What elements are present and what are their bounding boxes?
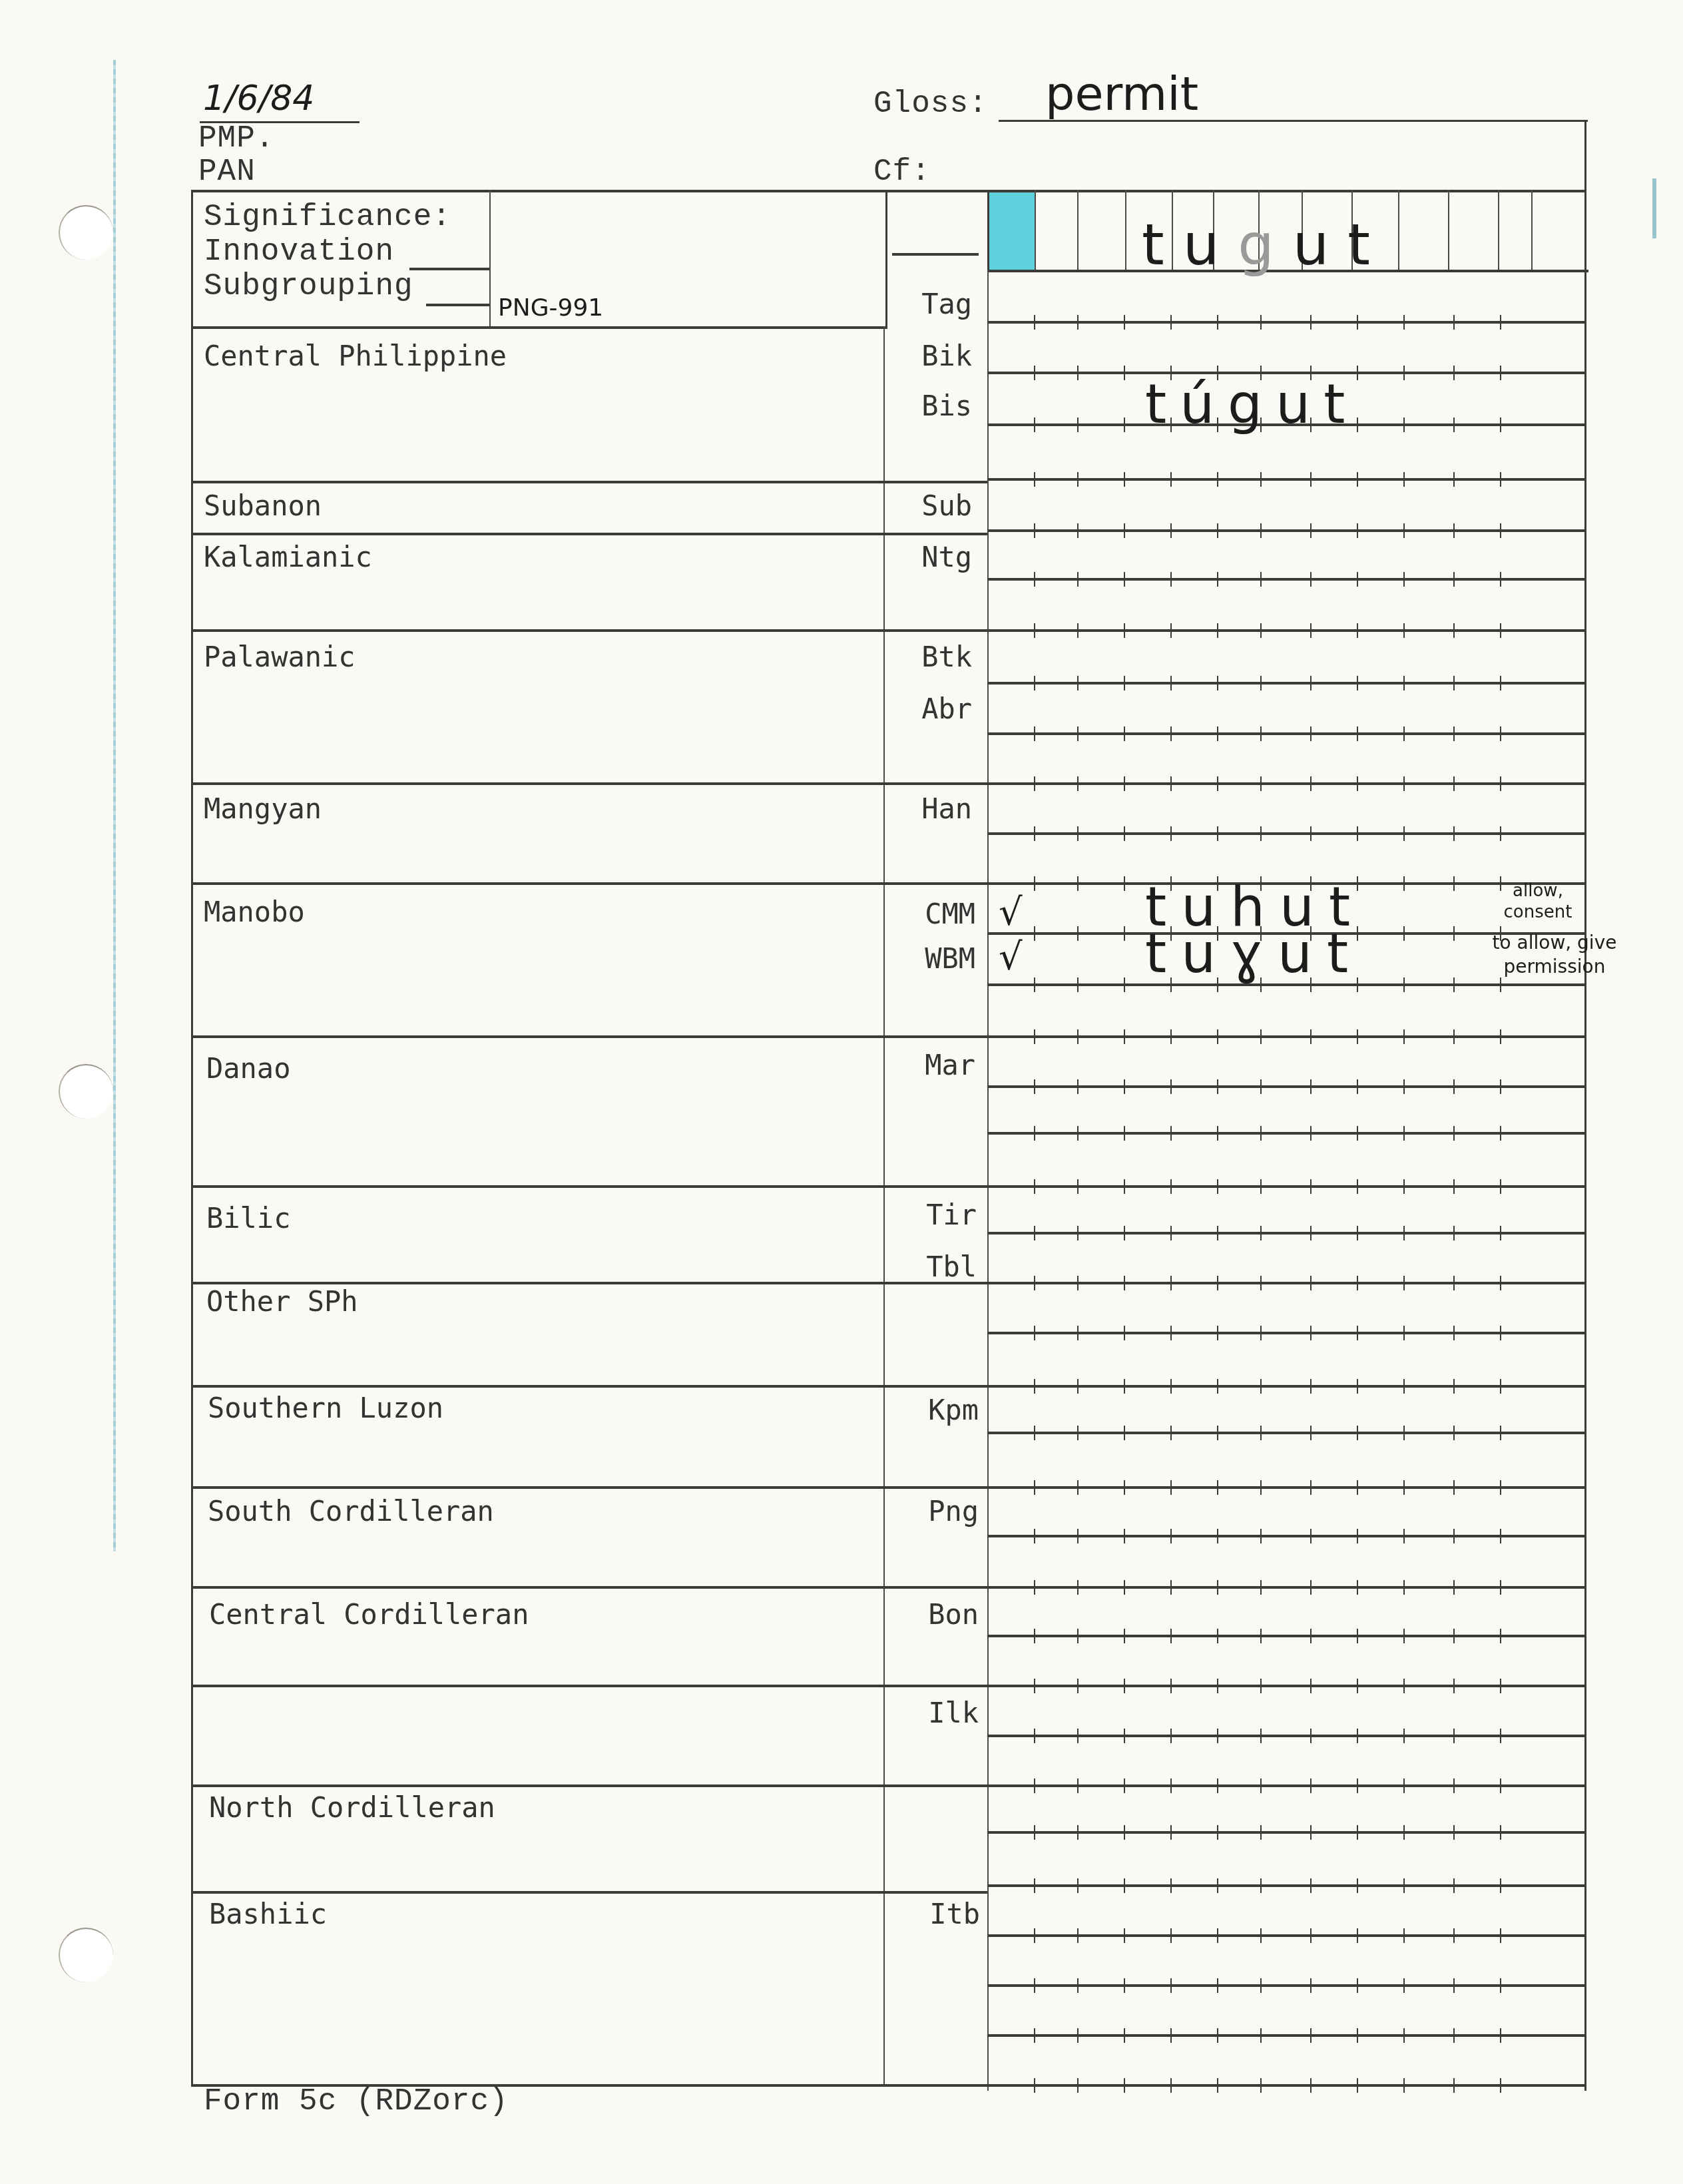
- tick-mark: [1260, 315, 1262, 330]
- tick-mark: [1357, 523, 1358, 538]
- group-subanon: Subanon: [204, 489, 322, 522]
- tick-mark: [1217, 1179, 1218, 1194]
- tick-mark: [1217, 1629, 1218, 1643]
- ruled-line: [987, 321, 1586, 324]
- tick-mark: [1217, 676, 1218, 690]
- tick-mark: [1217, 726, 1218, 741]
- tick-mark: [1124, 523, 1125, 538]
- group-mangyan: Mangyan: [204, 792, 322, 825]
- tick-mark: [1217, 1729, 1218, 1743]
- form-footer: Form 5c (RDZorc): [204, 2084, 509, 2119]
- tick-mark: [1500, 1326, 1501, 1340]
- tick-mark: [1124, 1778, 1125, 1793]
- tick-mark: [1124, 1179, 1125, 1194]
- tick-mark: [1403, 1679, 1405, 1693]
- tick-mark: [1034, 776, 1035, 791]
- tick-mark: [1453, 366, 1455, 380]
- tick-mark: [1453, 1580, 1455, 1595]
- tick-mark: [1034, 366, 1035, 380]
- tick-mark: [1310, 1379, 1312, 1394]
- tick-mark: [1077, 2028, 1079, 2043]
- tick-mark: [1170, 1179, 1172, 1194]
- tick-mark: [1124, 2028, 1125, 2043]
- tick-mark: [1217, 1379, 1218, 1394]
- tick-mark: [1500, 1629, 1501, 1643]
- tick-mark: [1500, 523, 1501, 538]
- form-wbm: tuɣut: [1145, 922, 1363, 985]
- tick-mark: [1357, 1978, 1358, 1993]
- tick-mark: [1170, 826, 1172, 841]
- tick-mark: [1453, 523, 1455, 538]
- tick-mark: [1170, 1679, 1172, 1693]
- tick-mark: [1170, 623, 1172, 638]
- tick-mark: [1077, 1126, 1079, 1141]
- tick-mark: [1217, 776, 1218, 791]
- tick-mark: [1170, 1480, 1172, 1495]
- tick-mark: [1310, 1878, 1312, 1893]
- tick-mark: [1310, 1480, 1312, 1495]
- tick-mark: [1500, 315, 1501, 330]
- tick-mark: [1124, 1978, 1125, 1993]
- tick-mark: [1170, 1029, 1172, 1044]
- tick-mark: [1453, 977, 1455, 992]
- tick-mark: [1403, 472, 1405, 487]
- tick-mark: [1310, 1629, 1312, 1643]
- ruled-line: [987, 1185, 1586, 1188]
- tick-mark: [1077, 1629, 1079, 1643]
- ruled-line: [987, 1535, 1586, 1537]
- tick-mark: [1260, 826, 1262, 841]
- lang-code-bis: Bis: [885, 390, 972, 422]
- subgrouping-note: PNG-991: [498, 294, 603, 322]
- tick-mark: [1500, 623, 1501, 638]
- tick-mark: [1403, 676, 1405, 690]
- cell-divider: [1035, 190, 1036, 270]
- ruled-line: [987, 782, 1586, 785]
- tick-mark: [1310, 1679, 1312, 1693]
- date-field: 1/6/84: [203, 79, 314, 119]
- tick-mark: [1357, 1878, 1358, 1893]
- tick-mark: [1034, 676, 1035, 690]
- ruled-line: [987, 1232, 1586, 1234]
- lang-code-ilk: Ilk: [892, 1697, 979, 1729]
- group-manobo: Manobo: [204, 896, 305, 928]
- tick-mark: [1500, 2078, 1501, 2093]
- group-southern-luzon: Southern Luzon: [208, 1392, 443, 1424]
- tick-mark: [1453, 1379, 1455, 1394]
- tick-mark: [1034, 926, 1035, 941]
- group-code-divider: [883, 326, 885, 2084]
- tick-mark: [1077, 2078, 1079, 2093]
- tick-mark: [1077, 1529, 1079, 1543]
- tick-mark: [1453, 2078, 1455, 2093]
- tick-mark: [1500, 1179, 1501, 1194]
- tick-mark: [1077, 726, 1079, 741]
- tick-mark: [1453, 926, 1455, 941]
- highlight-cell: [989, 192, 1035, 270]
- tick-mark: [1403, 1480, 1405, 1495]
- ruled-line: [987, 1685, 1586, 1687]
- tick-mark: [1357, 1480, 1358, 1495]
- tick-mark: [1034, 472, 1035, 487]
- tick-mark: [1170, 523, 1172, 538]
- lang-code-itb: Itb: [893, 1898, 980, 1930]
- tick-mark: [1034, 1580, 1035, 1595]
- cell-divider: [1531, 190, 1533, 270]
- group-separator: [191, 533, 987, 535]
- tick-mark: [1170, 1426, 1172, 1440]
- gloss-label: Gloss:: [873, 87, 988, 121]
- group-bashiic: Bashiic: [209, 1898, 327, 1930]
- tick-mark: [1170, 1928, 1172, 1943]
- group-separator: [191, 1586, 987, 1589]
- tick-mark: [1077, 776, 1079, 791]
- significance-label: Significance: Innovation Subgrouping: [204, 200, 451, 304]
- group-separator: [191, 1282, 987, 1284]
- tick-mark: [1170, 2028, 1172, 2043]
- tick-mark: [1124, 977, 1125, 992]
- ruled-line: [987, 1635, 1586, 1637]
- tick-mark: [1260, 1778, 1262, 1793]
- tick-mark: [1310, 726, 1312, 741]
- group-separator: [191, 1891, 987, 1894]
- tick-mark: [1260, 1928, 1262, 1943]
- gloss-value: permit: [1045, 67, 1198, 121]
- tick-mark: [1124, 472, 1125, 487]
- tick-mark: [1217, 1226, 1218, 1240]
- group-central-cordilleran: Central Cordilleran: [209, 1598, 529, 1631]
- tick-mark: [1077, 1079, 1079, 1094]
- tick-mark: [1170, 572, 1172, 587]
- ruled-line: [987, 832, 1586, 835]
- tick-mark: [1403, 926, 1405, 941]
- tick-mark: [1077, 1778, 1079, 1793]
- tick-mark: [1124, 1529, 1125, 1543]
- tick-mark: [1310, 1825, 1312, 1840]
- lang-code-btk: Btk: [885, 641, 972, 673]
- tick-mark: [1403, 776, 1405, 791]
- tick-mark: [1034, 1029, 1035, 1044]
- tick-mark: [1500, 1480, 1501, 1495]
- tick-mark: [1124, 776, 1125, 791]
- tick-mark: [1124, 1426, 1125, 1440]
- tick-mark: [1077, 1179, 1079, 1194]
- lang-code-bon: Bon: [892, 1598, 979, 1631]
- tick-mark: [1310, 1529, 1312, 1543]
- tick-mark: [1500, 1379, 1501, 1394]
- tick-mark: [1500, 1825, 1501, 1840]
- tick-mark: [1357, 1580, 1358, 1595]
- tick-mark: [1500, 1079, 1501, 1094]
- tick-mark: [1260, 1079, 1262, 1094]
- tick-mark: [1310, 1179, 1312, 1194]
- tick-mark: [1500, 726, 1501, 741]
- tick-mark: [1077, 977, 1079, 992]
- tick-mark: [1260, 572, 1262, 587]
- tick-mark: [1357, 1778, 1358, 1793]
- tick-mark: [1217, 2028, 1218, 2043]
- tick-mark: [1453, 1226, 1455, 1240]
- tick-mark: [1357, 726, 1358, 741]
- tick-mark: [1453, 1878, 1455, 1893]
- ruled-line: [987, 1132, 1586, 1135]
- tick-mark: [1500, 1878, 1501, 1893]
- tick-mark: [1170, 726, 1172, 741]
- tick-mark: [1124, 1379, 1125, 1394]
- tick-mark: [1310, 572, 1312, 587]
- tick-mark: [1357, 572, 1358, 587]
- ruled-line: [987, 1332, 1586, 1334]
- tick-mark: [1403, 2028, 1405, 2043]
- tick-mark: [1357, 1729, 1358, 1743]
- tick-mark: [1170, 1379, 1172, 1394]
- tick-mark: [1077, 315, 1079, 330]
- tick-mark: [1034, 523, 1035, 538]
- tick-mark: [1310, 1928, 1312, 1943]
- tick-mark: [1500, 1778, 1501, 1793]
- tick-mark: [1124, 876, 1125, 891]
- ruled-line: [987, 1884, 1586, 1887]
- tick-mark: [1217, 1276, 1218, 1290]
- proto-label-pan: PAN: [198, 154, 256, 189]
- tick-mark: [1124, 1629, 1125, 1643]
- tick-mark: [1310, 1978, 1312, 1993]
- tick-mark: [1077, 1426, 1079, 1440]
- tick-mark: [1077, 1978, 1079, 1993]
- tick-mark: [1357, 1629, 1358, 1643]
- lang-code-wbm: WBM: [889, 942, 975, 975]
- tick-mark: [1453, 1928, 1455, 1943]
- tick-mark: [1124, 1729, 1125, 1743]
- tick-mark: [1077, 1825, 1079, 1840]
- tick-mark: [1500, 1426, 1501, 1440]
- tick-mark: [1260, 1276, 1262, 1290]
- lang-code-tir: Tir: [890, 1199, 977, 1231]
- tick-mark: [1260, 2028, 1262, 2043]
- ruled-line: [987, 478, 1586, 481]
- tick-mark: [1310, 315, 1312, 330]
- tick-mark: [1453, 472, 1455, 487]
- tick-mark: [1310, 1778, 1312, 1793]
- tick-mark: [1453, 2028, 1455, 2043]
- tick-mark: [1403, 1426, 1405, 1440]
- tick-mark: [1217, 1878, 1218, 1893]
- tick-mark: [1124, 1226, 1125, 1240]
- tick-mark: [1077, 417, 1079, 432]
- tick-mark: [1260, 472, 1262, 487]
- tick-mark: [1310, 826, 1312, 841]
- form-bis: túgut: [1145, 373, 1358, 436]
- group-separator: [191, 1035, 987, 1038]
- lang-code-kpm: Kpm: [892, 1394, 979, 1426]
- tick-mark: [1217, 315, 1218, 330]
- tick-mark: [1403, 1878, 1405, 1893]
- tick-mark: [1217, 1778, 1218, 1793]
- tick-mark: [1310, 2028, 1312, 2043]
- tick-mark: [1403, 1529, 1405, 1543]
- tick-mark: [1453, 826, 1455, 841]
- ruled-line: [987, 1282, 1586, 1284]
- ruled-line: [987, 529, 1586, 532]
- tick-mark: [1453, 1326, 1455, 1340]
- tick-mark: [1403, 1580, 1405, 1595]
- tick-mark: [1357, 315, 1358, 330]
- tick-mark: [1217, 1580, 1218, 1595]
- tick-mark: [1453, 1029, 1455, 1044]
- group-danao: Danao: [206, 1052, 290, 1085]
- cf-label: Cf:: [873, 154, 931, 189]
- tick-mark: [1500, 1226, 1501, 1240]
- tick-mark: [1077, 1729, 1079, 1743]
- tick-mark: [1403, 1978, 1405, 1993]
- tick-mark: [1260, 1878, 1262, 1893]
- tick-mark: [1310, 523, 1312, 538]
- ruled-line: [987, 1586, 1586, 1589]
- tick-mark: [1170, 2078, 1172, 2093]
- tick-mark: [1124, 1326, 1125, 1340]
- tick-mark: [1217, 1679, 1218, 1693]
- tick-mark: [1310, 623, 1312, 638]
- tick-mark: [1170, 1878, 1172, 1893]
- tick-mark: [1403, 1029, 1405, 1044]
- tick-mark: [1034, 1629, 1035, 1643]
- tick-mark: [1217, 572, 1218, 587]
- tick-mark: [1260, 623, 1262, 638]
- tick-mark: [1034, 1480, 1035, 1495]
- tick-mark: [1453, 1778, 1455, 1793]
- ruled-line: [987, 732, 1586, 735]
- tick-mark: [1403, 2078, 1405, 2093]
- tick-mark: [1260, 1379, 1262, 1394]
- tick-mark: [1217, 826, 1218, 841]
- tick-mark: [1260, 2078, 1262, 2093]
- tick-mark: [1124, 1126, 1125, 1141]
- tick-mark: [1403, 1179, 1405, 1194]
- tick-mark: [1500, 472, 1501, 487]
- tick-mark: [1260, 1179, 1262, 1194]
- tick-mark: [1500, 1126, 1501, 1141]
- tick-mark: [1124, 2078, 1125, 2093]
- tick-mark: [1310, 1226, 1312, 1240]
- tick-mark: [1357, 1276, 1358, 1290]
- tick-mark: [1453, 876, 1455, 891]
- tick-mark: [1217, 1326, 1218, 1340]
- tick-mark: [1453, 623, 1455, 638]
- tick-mark: [1217, 1480, 1218, 1495]
- tick-mark: [1077, 1326, 1079, 1340]
- tick-mark: [1124, 417, 1125, 432]
- tick-mark: [1217, 1529, 1218, 1543]
- tick-mark: [1500, 1679, 1501, 1693]
- tick-mark: [1034, 1878, 1035, 1893]
- tick-mark: [1170, 1126, 1172, 1141]
- tick-mark: [1357, 676, 1358, 690]
- tick-mark: [1077, 1226, 1079, 1240]
- tick-mark: [1170, 1825, 1172, 1840]
- tick-mark: [1034, 977, 1035, 992]
- tick-mark: [1403, 826, 1405, 841]
- tick-mark: [1260, 1629, 1262, 1643]
- tick-mark: [1357, 1679, 1358, 1693]
- tick-mark: [1500, 977, 1501, 992]
- tick-mark: [1170, 1729, 1172, 1743]
- group-south-cordilleran: South Cordilleran: [208, 1495, 494, 1527]
- lang-code-bik: Bik: [885, 340, 972, 372]
- tick-mark: [1034, 1126, 1035, 1141]
- code-form-divider: [987, 270, 989, 2091]
- tick-mark: [1500, 417, 1501, 432]
- group-separator: [191, 481, 987, 483]
- gloss-cmm: allow, consent: [1485, 880, 1591, 923]
- tick-mark: [1124, 572, 1125, 587]
- tick-mark: [1260, 1029, 1262, 1044]
- lang-code-png: Png: [892, 1495, 979, 1527]
- tick-mark: [1034, 826, 1035, 841]
- tick-mark: [1500, 1580, 1501, 1595]
- tick-mark: [1453, 315, 1455, 330]
- group-separator: [191, 1185, 987, 1188]
- ruled-line: [987, 578, 1586, 581]
- tick-mark: [1500, 676, 1501, 690]
- tick-mark: [1310, 1079, 1312, 1094]
- tick-mark: [1357, 826, 1358, 841]
- tick-mark: [1453, 1825, 1455, 1840]
- tick-mark: [1217, 1928, 1218, 1943]
- reconstruction-form: tugut: [1142, 212, 1389, 278]
- tick-mark: [1500, 2028, 1501, 2043]
- tick-mark: [1124, 1878, 1125, 1893]
- tick-mark: [1310, 776, 1312, 791]
- tick-mark: [1077, 1480, 1079, 1495]
- tick-mark: [1170, 1778, 1172, 1793]
- ruled-line: [987, 629, 1586, 632]
- tick-mark: [1453, 1529, 1455, 1543]
- tick-mark: [1403, 726, 1405, 741]
- tick-mark: [1310, 1426, 1312, 1440]
- tick-mark: [1357, 1179, 1358, 1194]
- binder-hole-icon: [59, 205, 113, 260]
- tick-mark: [1357, 2078, 1358, 2093]
- tick-mark: [1077, 523, 1079, 538]
- tick-mark: [1310, 1580, 1312, 1595]
- tick-mark: [1170, 472, 1172, 487]
- group-separator: [191, 629, 987, 632]
- ruled-line: [987, 1984, 1586, 1987]
- tick-mark: [1124, 1679, 1125, 1693]
- tick-mark: [1260, 726, 1262, 741]
- tick-mark: [1034, 417, 1035, 432]
- lang-code-mar: Mar: [889, 1049, 975, 1081]
- ruled-line: [987, 1831, 1586, 1834]
- ruled-line: [987, 1735, 1586, 1737]
- binder-hole-icon: [59, 1928, 113, 1982]
- tick-mark: [1077, 876, 1079, 891]
- tick-mark: [1034, 1426, 1035, 1440]
- tick-mark: [1034, 623, 1035, 638]
- tick-mark: [1357, 1326, 1358, 1340]
- cell-divider: [1125, 190, 1126, 270]
- tick-mark: [1124, 1079, 1125, 1094]
- tick-mark: [1170, 676, 1172, 690]
- tick-mark: [1260, 1978, 1262, 1993]
- cell-divider: [1398, 190, 1399, 270]
- tick-mark: [1170, 1226, 1172, 1240]
- tick-mark: [1357, 1079, 1358, 1094]
- tick-mark: [1077, 1276, 1079, 1290]
- tick-mark: [1357, 1379, 1358, 1394]
- tick-mark: [1124, 676, 1125, 690]
- tick-mark: [1217, 1978, 1218, 1993]
